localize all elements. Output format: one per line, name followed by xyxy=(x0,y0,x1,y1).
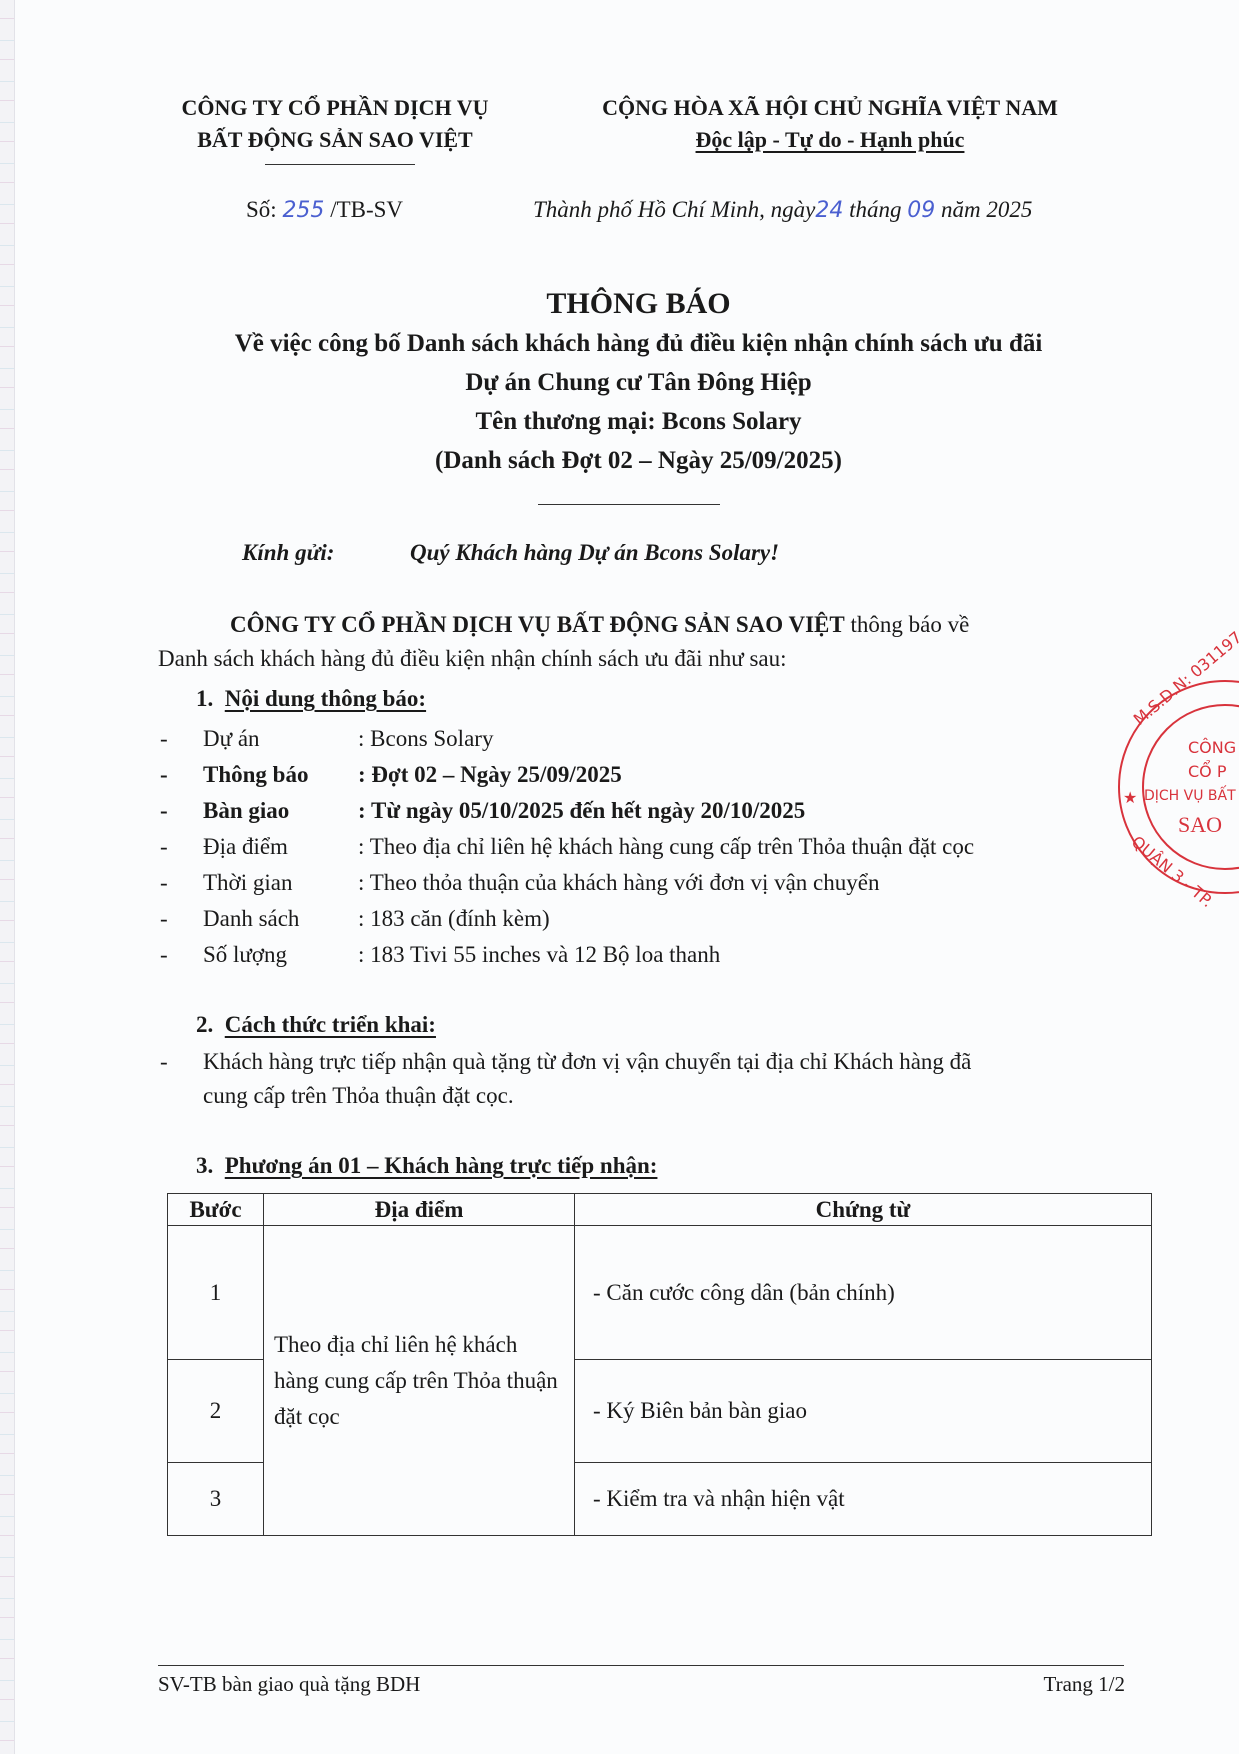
bullet-dash: - xyxy=(160,798,203,824)
bullet-dash: - xyxy=(160,942,203,968)
title-line-1: Về việc công bố Danh sách khách hàng đủ … xyxy=(0,330,1239,358)
item-label: Bàn giao xyxy=(203,798,358,824)
document-date: Thành phố Hồ Chí Minh, ngày24 tháng 09 n… xyxy=(533,197,1032,223)
intro-text-1: thông báo về xyxy=(845,612,970,637)
date-year: năm 2025 xyxy=(941,197,1032,222)
header-documents: Chứng từ xyxy=(575,1194,1152,1226)
item-value: : Theo địa chỉ liên hệ khách hàng cung c… xyxy=(358,834,974,860)
date-month: 09 xyxy=(907,198,935,223)
greeting-label: Kính gửi: xyxy=(242,540,334,566)
item-label: Thời gian xyxy=(203,870,358,896)
procedure-table: Bước Địa điểm Chứng từ 1 Theo địa chỉ li… xyxy=(167,1193,1152,1536)
bullet-dash: - xyxy=(160,762,203,788)
nation-line-2: Độc lập - Tự do - Hạnh phúc xyxy=(560,124,1100,156)
header-step: Bước xyxy=(168,1194,264,1226)
company-name: CÔNG TY CỔ PHẦN DỊCH VỤ BẤT ĐỘNG SẢN SAO… xyxy=(150,92,520,156)
document-number: Số: 255 /TB-SV xyxy=(246,197,403,223)
seal-line-1: CÔNG xyxy=(1188,738,1236,757)
greeting-recipient: Quý Khách hàng Dự án Bcons Solary! xyxy=(410,540,779,566)
bullet-dash: - xyxy=(160,726,203,752)
scan-edge xyxy=(0,0,15,1754)
section-1-number: 1. xyxy=(196,686,213,711)
document-cell: - Căn cước công dân (bản chính) xyxy=(575,1226,1152,1360)
bullet-dash: - xyxy=(160,1045,203,1079)
list-item: -Dự án: Bcons Solary xyxy=(160,721,1090,757)
doc-no-prefix: Số: xyxy=(246,197,277,222)
intro-paragraph: CÔNG TY CỔ PHẦN DỊCH VỤ BẤT ĐỘNG SẢN SAO… xyxy=(158,608,1123,676)
notice-details-list: -Dự án: Bcons Solary-Thông báo: Đợt 02 –… xyxy=(160,721,1090,973)
item-value: : Bcons Solary xyxy=(358,726,493,752)
page-number: Trang 1/2 xyxy=(1025,1672,1125,1697)
list-item: -Địa điểm: Theo địa chỉ liên hệ khách hà… xyxy=(160,829,1090,865)
item-label: Số lượng xyxy=(203,942,358,968)
seal-line-2: CỔ P xyxy=(1188,762,1227,781)
item-value: : Theo thỏa thuận của khách hàng với đơn… xyxy=(358,870,879,896)
footer-rule xyxy=(158,1665,1124,1666)
item-value: : 183 Tivi 55 inches và 12 Bộ loa thanh xyxy=(358,942,720,968)
list-item: -Danh sách: 183 căn (đính kèm) xyxy=(160,901,1090,937)
list-item: -Số lượng: 183 Tivi 55 inches và 12 Bộ l… xyxy=(160,937,1090,973)
item-label: Danh sách xyxy=(203,906,358,932)
title-underline xyxy=(538,504,720,505)
date-day: 24 xyxy=(815,198,843,223)
section-3-title: Phương án 01 – Khách hàng trực tiếp nhận… xyxy=(225,1153,658,1178)
location-cell: Theo địa chỉ liên hệ khách hàng cung cấp… xyxy=(264,1226,575,1536)
national-motto: CỘNG HÒA XÃ HỘI CHỦ NGHĨA VIỆT NAM Độc l… xyxy=(560,92,1100,156)
company-line-1: CÔNG TY CỔ PHẦN DỊCH VỤ xyxy=(150,92,520,124)
document-cell: - Ký Biên bản bàn giao xyxy=(575,1360,1152,1463)
company-underline xyxy=(265,164,415,165)
item-label: Địa điểm xyxy=(203,834,358,860)
list-item: -Thời gian: Theo thỏa thuận của khách hà… xyxy=(160,865,1090,901)
item-label: Thông báo xyxy=(203,762,358,788)
item-value: : 183 căn (đính kèm) xyxy=(358,906,550,932)
intro-company: CÔNG TY CỔ PHẦN DỊCH VỤ BẤT ĐỘNG SẢN SAO… xyxy=(230,612,845,637)
seal-line-4: SAO xyxy=(1178,812,1222,838)
section-2-heading: 2. Cách thức triển khai: xyxy=(196,1012,436,1038)
title-line-4: (Danh sách Đợt 02 – Ngày 25/09/2025) xyxy=(0,447,1239,475)
bullet-dash: - xyxy=(160,906,203,932)
nation-line-1: CỘNG HÒA XÃ HỘI CHỦ NGHĨA VIỆT NAM xyxy=(560,92,1100,124)
seal-line-3: DỊCH VỤ BẤT xyxy=(1144,788,1236,804)
document-cell: - Kiểm tra và nhận hiện vật xyxy=(575,1463,1152,1536)
section-2-bullet: -Khách hàng trực tiếp nhận quà tặng từ đ… xyxy=(160,1045,1130,1113)
bullet-line-1: Khách hàng trực tiếp nhận quà tặng từ đơ… xyxy=(203,1045,971,1079)
title-line-3: Tên thương mại: Bcons Solary xyxy=(0,408,1239,436)
bullet-dash: - xyxy=(160,834,203,860)
item-value: : Từ ngày 05/10/2025 đến hết ngày 20/10/… xyxy=(358,798,805,824)
date-month-label: tháng xyxy=(849,197,901,222)
doc-no-suffix: /TB-SV xyxy=(330,197,403,222)
bullet-line-2: cung cấp trên Thỏa thuận đặt cọc. xyxy=(160,1079,1130,1113)
date-place: Thành phố Hồ Chí Minh, ngày xyxy=(533,197,815,222)
doc-no-handwritten: 255 xyxy=(282,198,324,223)
company-seal: M.S.D.N: 031197 CÔNG CỔ P ★ DỊCH VỤ BẤT … xyxy=(1118,680,1239,894)
header-location: Địa điểm xyxy=(264,1194,575,1226)
section-1-heading: 1. Nội dung thông báo: xyxy=(196,686,426,712)
section-2-title: Cách thức triển khai: xyxy=(225,1012,436,1037)
motto-text: Độc lập - Tự do - Hạnh phúc xyxy=(696,127,965,152)
intro-line-1: CÔNG TY CỔ PHẦN DỊCH VỤ BẤT ĐỘNG SẢN SAO… xyxy=(158,608,1123,642)
title-line-2: Dự án Chung cư Tân Đông Hiệp xyxy=(0,369,1239,397)
section-2-number: 2. xyxy=(196,1012,213,1037)
list-item: -Thông báo: Đợt 02 – Ngày 25/09/2025 xyxy=(160,757,1090,793)
notice-title: THÔNG BÁO xyxy=(0,287,1239,321)
intro-line-2: Danh sách khách hàng đủ điều kiện nhận c… xyxy=(158,642,1123,676)
section-1-title: Nội dung thông báo: xyxy=(225,686,426,711)
table-row: 1 Theo địa chỉ liên hệ khách hàng cung c… xyxy=(168,1226,1152,1360)
table-header-row: Bước Địa điểm Chứng từ xyxy=(168,1194,1152,1226)
footer-left: SV-TB bàn giao quà tặng BDH xyxy=(158,1672,420,1697)
step-number: 2 xyxy=(168,1360,264,1463)
item-label: Dự án xyxy=(203,726,358,752)
step-number: 3 xyxy=(168,1463,264,1536)
item-value: : Đợt 02 – Ngày 25/09/2025 xyxy=(358,762,622,788)
step-number: 1 xyxy=(168,1226,264,1360)
bullet-dash: - xyxy=(160,870,203,896)
star-icon: ★ xyxy=(1123,788,1137,807)
list-item: -Bàn giao: Từ ngày 05/10/2025 đến hết ng… xyxy=(160,793,1090,829)
section-3-heading: 3. Phương án 01 – Khách hàng trực tiếp n… xyxy=(196,1153,657,1179)
section-3-number: 3. xyxy=(196,1153,213,1178)
company-line-2: BẤT ĐỘNG SẢN SAO VIỆT xyxy=(150,124,520,156)
